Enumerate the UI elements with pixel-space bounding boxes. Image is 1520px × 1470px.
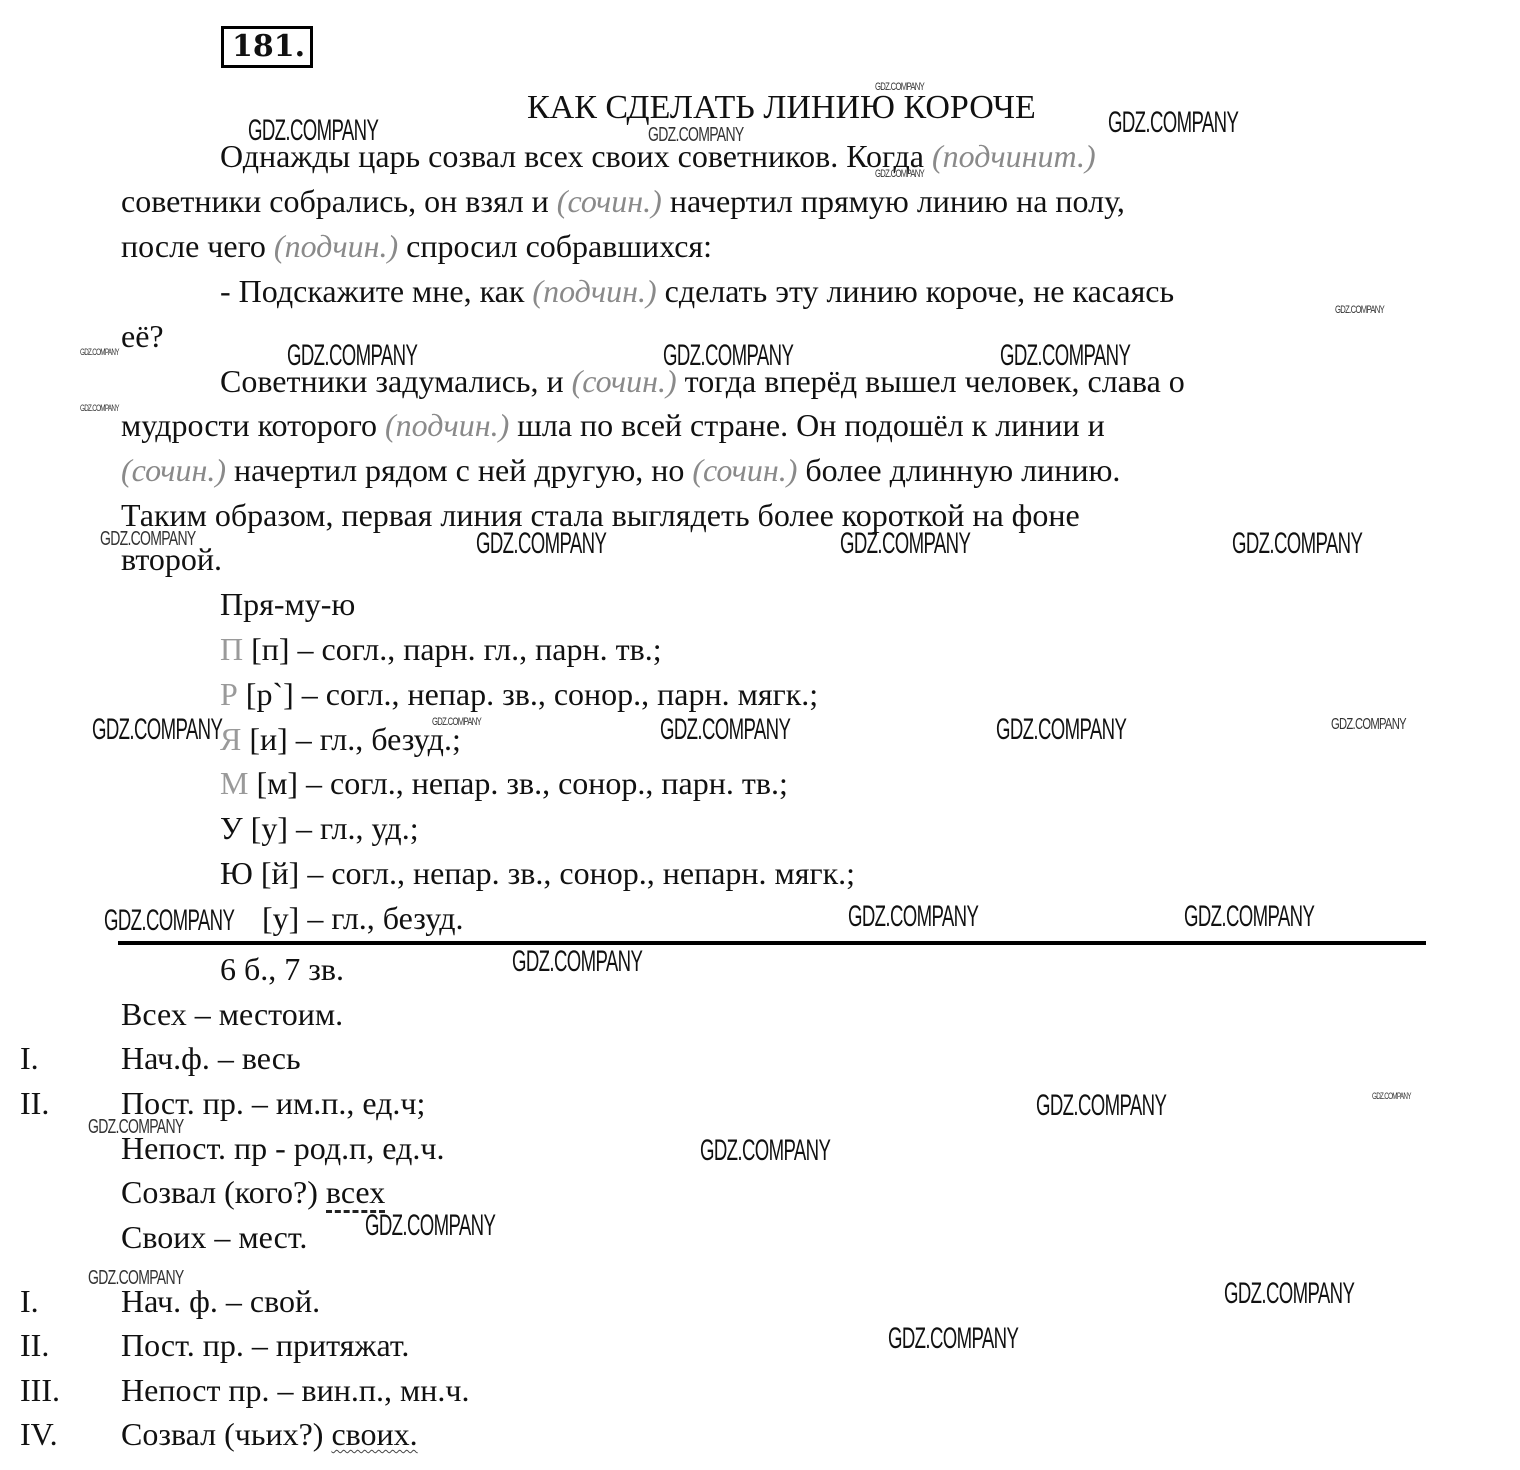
- underlined-word: всех: [326, 1174, 385, 1213]
- roman-numeral: IV.: [20, 1414, 58, 1454]
- watermark: GDZ.COMPANY: [1108, 106, 1238, 140]
- watermark: GDZ.COMPANY: [80, 347, 119, 357]
- phonetic-row: П [п] – согл., парн. гл., парн. тв.;: [220, 629, 662, 669]
- phonetic-sound: [й]: [253, 855, 299, 891]
- text-span: после чего: [121, 228, 274, 264]
- text-span: шла по всей стране. Он подошёл к линии и: [509, 407, 1105, 443]
- clause-annotation: (подчинит.): [932, 138, 1096, 174]
- paragraph-line: второй.: [121, 539, 222, 579]
- phonetic-word: Пря-му-ю: [220, 584, 355, 624]
- roman-numeral: III.: [20, 1370, 60, 1410]
- phonetic-row: Ю [й] – согл., непар. зв., сонор., непар…: [220, 853, 855, 893]
- morph-usage: Созвал (чьих?) своих.: [121, 1414, 418, 1454]
- document-page: 181. КАК СДЕЛАТЬ ЛИНИЮ КОРОЧЕ Однажды ца…: [0, 0, 1520, 1470]
- clause-annotation: (сочин.): [557, 183, 662, 219]
- text-span: Однажды царь созвал всех своих советнико…: [220, 138, 932, 174]
- text-span: Советники задумались, и: [220, 363, 572, 399]
- watermark: GDZ.COMPANY: [700, 1134, 830, 1168]
- text-span: начертил рядом с ней другую, но: [226, 452, 692, 488]
- watermark: GDZ.COMPANY: [512, 945, 642, 979]
- phonetic-letter: М: [220, 765, 248, 801]
- phonetic-desc: – гл., безуд.;: [288, 721, 461, 757]
- roman-numeral: II.: [20, 1083, 49, 1123]
- watermark: GDZ.COMPANY: [104, 904, 234, 938]
- exercise-number: 181.: [221, 26, 313, 68]
- phonetic-desc: – согл., непар. зв., сонор., парн. тв.;: [298, 765, 788, 801]
- clause-annotation: (сочин.): [572, 363, 677, 399]
- paragraph-line: после чего (подчин.) спросил собравшихся…: [121, 226, 712, 266]
- roman-numeral: I.: [20, 1038, 39, 1078]
- text-title: КАК СДЕЛАТЬ ЛИНИЮ КОРОЧЕ: [527, 88, 1036, 128]
- clause-annotation: (сочин.): [121, 452, 226, 488]
- text-span: мудрости которого: [121, 407, 385, 443]
- phonetic-sound: [у]: [262, 900, 299, 936]
- morph-item: Непост пр. – вин.п., мн.ч.: [121, 1370, 470, 1410]
- watermark: GDZ.COMPANY: [1232, 527, 1362, 561]
- text-span: более длинную линию.: [797, 452, 1120, 488]
- phonetic-desc: – согл., непар. зв., сонор., парн. мягк.…: [294, 676, 818, 712]
- text-span: начертил прямую линию на полу,: [662, 183, 1125, 219]
- underlined-word: своих.: [331, 1416, 417, 1452]
- paragraph-line: советники собрались, он взял и (сочин.) …: [121, 181, 1125, 221]
- phonetic-sound: [п]: [243, 631, 289, 667]
- clause-annotation: (сочин.): [692, 452, 797, 488]
- text-span: спросил собравшихся:: [398, 228, 712, 264]
- paragraph-line: Советники задумались, и (сочин.) тогда в…: [220, 361, 1185, 401]
- morph-heading: Своих – мест.: [121, 1217, 307, 1257]
- phonetic-letter: Ю: [220, 855, 253, 891]
- phonetic-sound: [и]: [241, 721, 287, 757]
- text-span: сделать эту линию короче, не касаясь: [657, 273, 1174, 309]
- clause-annotation: (подчин.): [274, 228, 398, 264]
- watermark: GDZ.COMPANY: [92, 713, 222, 747]
- roman-numeral: I.: [20, 1281, 39, 1321]
- phonetic-sound: [у]: [243, 810, 288, 846]
- morph-item: Непост. пр - род.п, ед.ч.: [121, 1128, 444, 1168]
- watermark: GDZ.COMPANY: [1372, 1091, 1411, 1101]
- clause-annotation: (подчин.): [532, 273, 656, 309]
- divider-line: [118, 941, 1426, 945]
- morph-item: Пост. пр. – им.п., ед.ч;: [121, 1083, 425, 1123]
- phonetic-row: [у] – гл., безуд.: [262, 898, 463, 938]
- phonetic-summary: 6 б., 7 зв.: [220, 949, 344, 989]
- morph-usage: Созвал (кого?) всех: [121, 1172, 385, 1212]
- morph-item: Пост. пр. – притяжат.: [121, 1325, 409, 1365]
- phonetic-row: Р [р`] – согл., непар. зв., сонор., парн…: [220, 674, 818, 714]
- watermark: GDZ.COMPANY: [888, 1322, 1018, 1356]
- phonetic-row: М [м] – согл., непар. зв., сонор., парн.…: [220, 763, 788, 803]
- phonetic-desc: – согл., парн. гл., парн. тв.;: [290, 631, 662, 667]
- phonetic-row: У [у] – гл., уд.;: [220, 808, 419, 848]
- watermark: GDZ.COMPANY: [996, 713, 1126, 747]
- paragraph-line: мудрости которого (подчин.) шла по всей …: [121, 405, 1105, 445]
- text-span: тогда вперёд вышел человек, слава о: [677, 363, 1185, 399]
- clause-annotation: (подчин.): [385, 407, 509, 443]
- text-span: Созвал (чьих?): [121, 1416, 331, 1452]
- phonetic-letter: Р: [220, 676, 238, 712]
- paragraph-line: - Подскажите мне, как (подчин.) сделать …: [220, 271, 1174, 311]
- paragraph-line: (сочин.) начертил рядом с ней другую, но…: [121, 450, 1120, 490]
- phonetic-letter: У: [220, 810, 243, 846]
- text-span: - Подскажите мне, как: [220, 273, 532, 309]
- paragraph-line: её?: [121, 316, 164, 356]
- phonetic-row: Я [и] – гл., безуд.;: [220, 719, 461, 759]
- paragraph-line: Таким образом, первая линия стала выгляд…: [121, 495, 1080, 535]
- phonetic-sound: [р`]: [238, 676, 294, 712]
- roman-numeral: II.: [20, 1325, 49, 1365]
- phonetic-desc: – гл., уд.;: [288, 810, 419, 846]
- paragraph-line: Однажды царь созвал всех своих советнико…: [220, 136, 1096, 176]
- phonetic-letter: П: [220, 631, 243, 667]
- morph-item: Нач.ф. – весь: [121, 1038, 301, 1078]
- watermark: GDZ.COMPANY: [1335, 304, 1384, 316]
- watermark: GDZ.COMPANY: [80, 403, 119, 413]
- phonetic-desc: – гл., безуд.: [299, 900, 463, 936]
- watermark: GDZ.COMPANY: [1224, 1277, 1354, 1311]
- morph-heading: Всех – местоим.: [121, 994, 343, 1034]
- watermark: GDZ.COMPANY: [1036, 1089, 1166, 1123]
- watermark: GDZ.COMPANY: [1184, 900, 1314, 934]
- watermark: GDZ.COMPANY: [848, 900, 978, 934]
- phonetic-desc: – согл., непар. зв., сонор., непарн. мяг…: [299, 855, 855, 891]
- watermark: GDZ.COMPANY: [1331, 716, 1406, 734]
- text-span: советники собрались, он взял и: [121, 183, 557, 219]
- phonetic-letter: Я: [220, 721, 241, 757]
- watermark: GDZ.COMPANY: [365, 1209, 495, 1243]
- phonetic-sound: [м]: [248, 765, 298, 801]
- morph-item: Нач. ф. – свой.: [121, 1281, 320, 1321]
- text-span: Созвал (кого?): [121, 1174, 326, 1210]
- watermark: GDZ.COMPANY: [660, 713, 790, 747]
